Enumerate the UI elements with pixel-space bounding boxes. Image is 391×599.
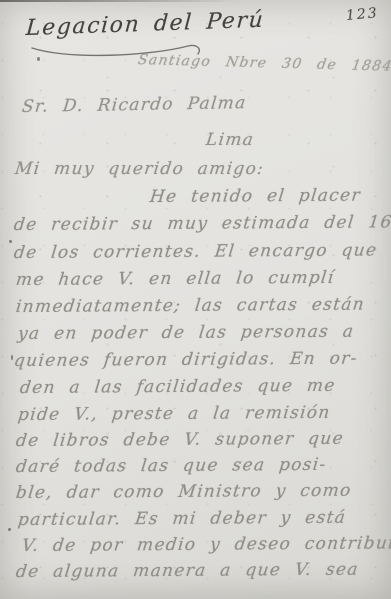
letter-line: me hace V. en ella lo cumplí [15,268,336,290]
ink-speck [9,240,12,243]
letter-line: de alguna manera a que V. sea [15,560,360,582]
letter-line: de libros debe V. suponer que [15,429,345,451]
ink-speck [11,355,13,360]
letter-line: V. de por medio y deseo contribuir [21,533,391,556]
letter-line: particular. Es mi deber y está [17,508,348,530]
letter-line: ble, dar como Ministro y como [15,481,353,503]
letter-line: den a las facilidades que me [19,376,337,398]
letter-line: He tenido el placer [149,186,362,207]
letter-line: daré todas las que sea posi- [15,455,328,477]
ink-speck [37,57,40,61]
recipient-line: Sr. D. Ricardo Palma [21,93,248,117]
salutation-line: Mi muy querido amigo: [14,159,266,179]
letter-line: ya en poder de las personas a [17,322,356,344]
letterhead: Legacion del Perú [25,8,265,41]
letter-line: pide V., preste a la remisión [17,403,332,425]
scanned-letter-page: Legacion del Perú 123 Santiago Nbre 30 d… [0,0,391,599]
place-line: Lima [205,130,256,150]
page-number: 123 [345,5,379,24]
letter-line: inmediatamente; las cartas están [15,295,366,317]
dateline: Santiago Nbre 30 de 1884 [137,52,391,75]
letter-line: de los corrientes. El encargo que [13,240,379,263]
letter-line: quienes fueron dirigidas. En or- [13,349,359,371]
ink-speck [8,528,11,531]
letter-line: de recibir su muy estimada del 16 [13,212,391,235]
